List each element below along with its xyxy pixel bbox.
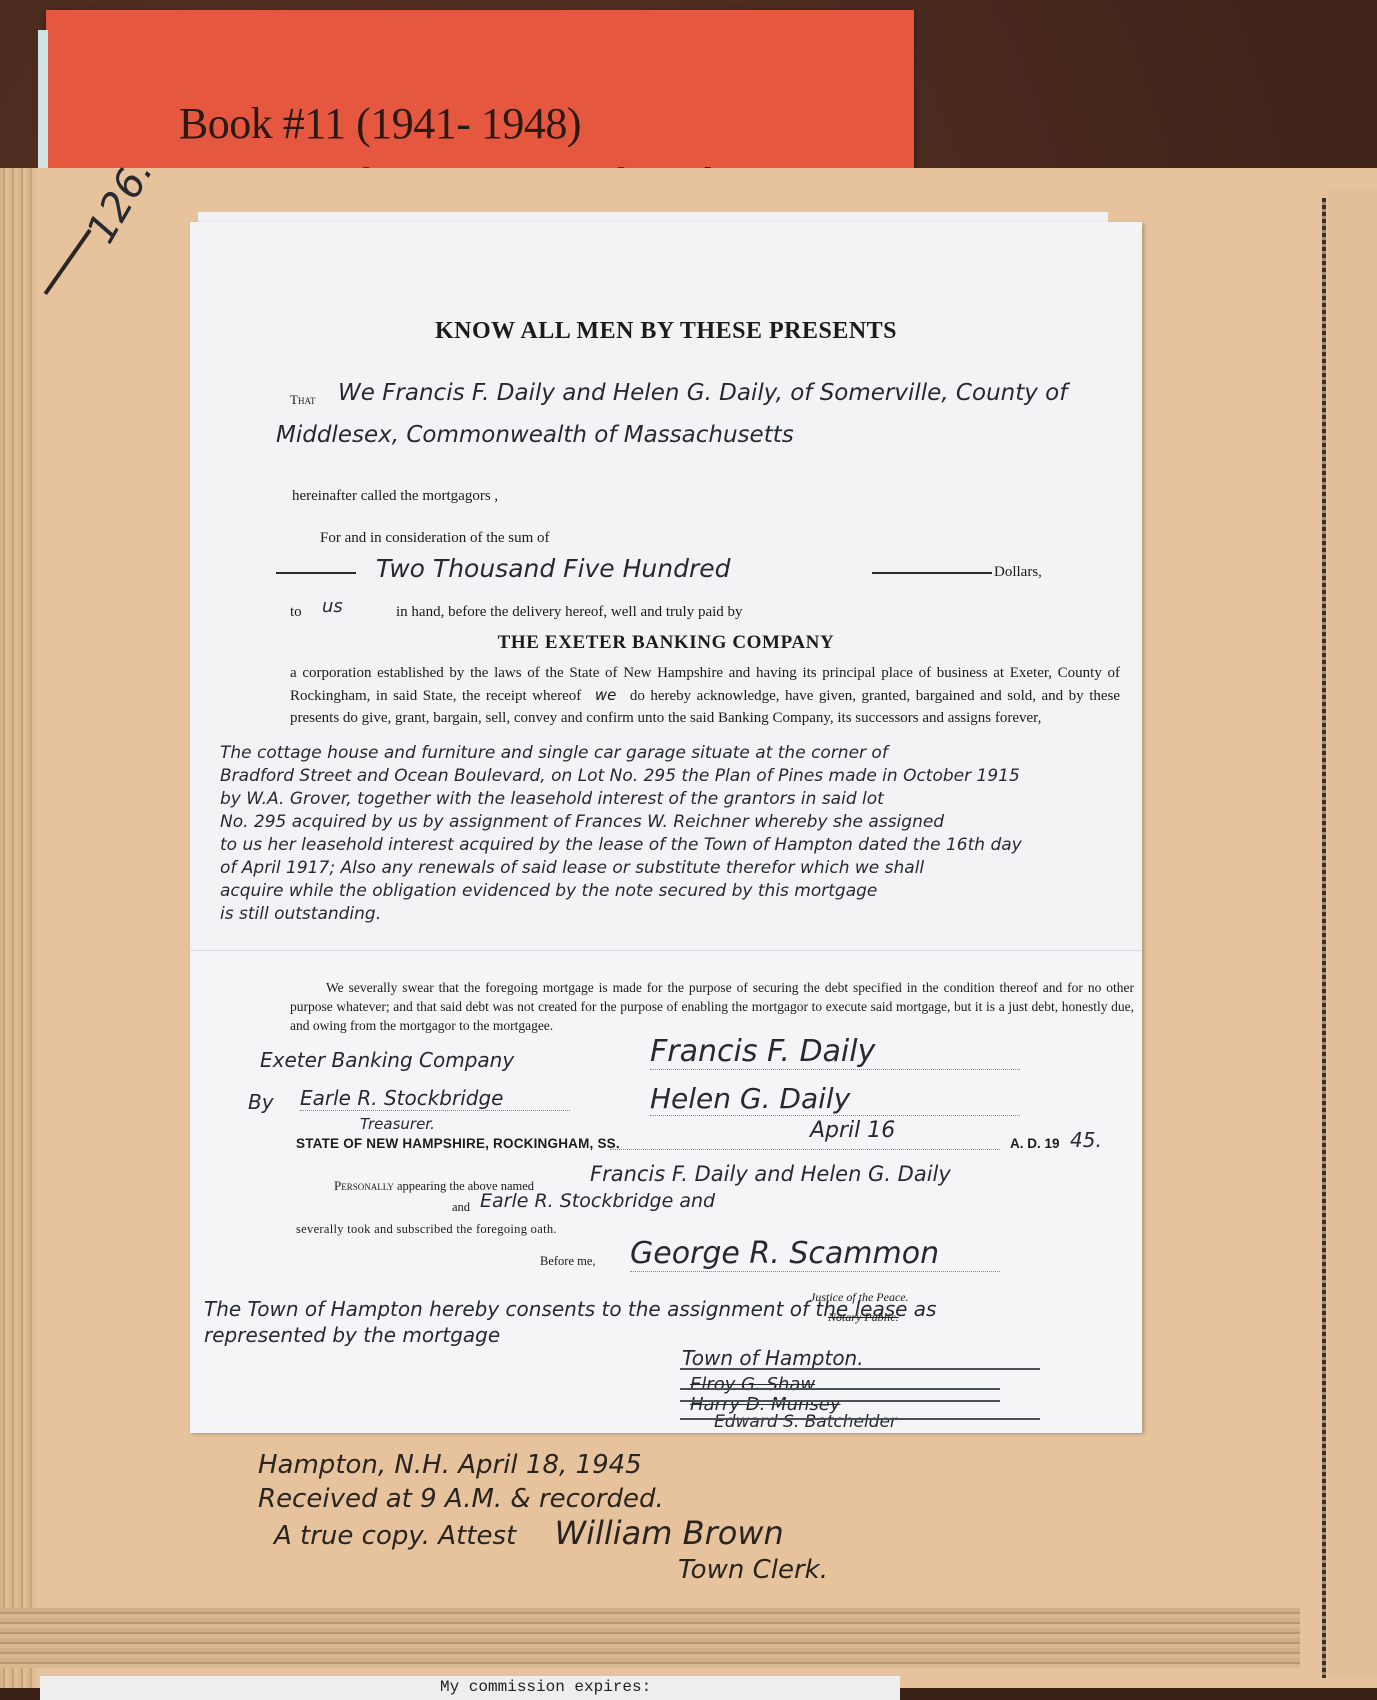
bank-name: THE EXETER BANKING COMPANY [190, 632, 1142, 654]
grantors-line-2: Middlesex, Commonwealth of Massachusetts [276, 422, 794, 448]
grantors-line-1: We Francis F. Daily and Helen G. Daily, … [338, 380, 1067, 406]
appearers-names: Francis F. Daily and Helen G. Daily [590, 1162, 951, 1186]
acknowledgment-date: April 16 [810, 1118, 895, 1143]
document-heading: KNOW ALL MEN BY THESE PRESENTS [190, 318, 1142, 345]
to-label: to [290, 604, 302, 621]
clerk-signature: William Brown [524, 1514, 783, 1552]
recording-line-2: Received at 9 A.M. & recorded. [258, 1482, 828, 1516]
signature-line [680, 1400, 1000, 1402]
and-label: and [452, 1200, 470, 1215]
conveyance-paragraph: a corporation established by the laws of… [290, 662, 1120, 729]
mortgagor-signature-2: Helen G. Daily [650, 1082, 1020, 1116]
ad-year: 45. [1070, 1128, 1102, 1152]
mortgage-document: KNOW ALL MEN BY THESE PRESENTS That We F… [190, 222, 1142, 1432]
commission-expires-text: My commission expires: [440, 1678, 651, 1696]
oath-text: We severally swear that the foregoing mo… [290, 980, 1134, 1033]
paid-label: in hand, before the delivery hereof, wel… [396, 604, 743, 621]
recording-line-1: Hampton, N.H. April 18, 1945 [258, 1448, 828, 1482]
appearer-2: Earle R. Stockbridge and [480, 1190, 715, 1212]
sum-amount: Two Thousand Five Hundred [376, 554, 731, 583]
description-line: of April 1917; Also any renewals of said… [220, 857, 1120, 880]
signature-line [680, 1368, 1040, 1370]
mortgagee-signature-company: Exeter Banking Company [260, 1048, 514, 1072]
sum-line: Two Thousand Five Hundred Dollars, [276, 554, 1118, 584]
recording-notation: Hampton, N.H. April 18, 1945 Received at… [258, 1448, 828, 1587]
dollars-label: Dollars, [994, 564, 1042, 581]
right-page [1328, 188, 1377, 1678]
date-dotted-line [610, 1148, 1000, 1150]
sum-dash-left [276, 572, 356, 574]
town-consent-text: The Town of Hampton hereby consents to t… [204, 1296, 1044, 1348]
oath-paragraph: We severally swear that the foregoing mo… [290, 978, 1134, 1035]
to-value: us [322, 596, 343, 617]
notary-signature: George R. Scammon [630, 1236, 1000, 1272]
book-bottom-edges [0, 1608, 1300, 1668]
conveyance-we: we [587, 686, 625, 704]
mortgagor-signature-1: Francis F. Daily [650, 1034, 1020, 1070]
personally-label: Personally [334, 1178, 394, 1193]
selectman-signature: Edward S. Batchelder [714, 1412, 897, 1432]
consideration-label: For and in consideration of the sum of [320, 530, 550, 547]
mortgagee-signature-officer: Earle R. Stockbridge [300, 1086, 570, 1111]
attest-text: A true copy. Attest [274, 1521, 516, 1551]
ad-label: A. D. 19 [1010, 1136, 1060, 1151]
description-line: No. 295 acquired by us by assignment of … [220, 811, 1120, 834]
description-line: The cottage house and furniture and sing… [220, 742, 1120, 765]
book-page-edges [0, 168, 36, 1688]
book-spine-stitching [1322, 198, 1326, 1678]
recording-line-3: A true copy. Attest William Brown [258, 1516, 828, 1553]
sum-dash-right [872, 572, 992, 574]
mortgagee-title: Treasurer. [360, 1115, 435, 1133]
state-venue: STATE OF NEW HAMPSHIRE, ROCKINGHAM, SS. [296, 1136, 620, 1151]
description-line: to us her leasehold interest acquired by… [220, 834, 1120, 857]
town-label: Town of Hampton. [682, 1346, 864, 1370]
selectman-signature: Elroy G. Shaw [690, 1374, 815, 1395]
signature-line [680, 1388, 1000, 1390]
divider-title: Book #11 (1941- 1948) [46, 98, 714, 149]
oath-subscribed-text: severally took and subscribed the forego… [296, 1222, 557, 1237]
description-line: Bradford Street and Ocean Boulevard, on … [220, 765, 1120, 788]
clerk-title: Town Clerk. [258, 1553, 828, 1587]
signature-line [680, 1418, 1040, 1420]
description-line: by W.A. Grover, together with the leaseh… [220, 788, 1120, 811]
that-label: That [290, 392, 315, 408]
mortgagor-label: hereinafter called the mortgagors , [292, 488, 498, 505]
description-line: is still outstanding. [220, 903, 1120, 926]
description-line: acquire while the obligation evidenced b… [220, 880, 1120, 903]
by-label: By [248, 1090, 274, 1114]
before-me-label: Before me, [540, 1254, 596, 1269]
property-description: The cottage house and furniture and sing… [220, 742, 1120, 926]
